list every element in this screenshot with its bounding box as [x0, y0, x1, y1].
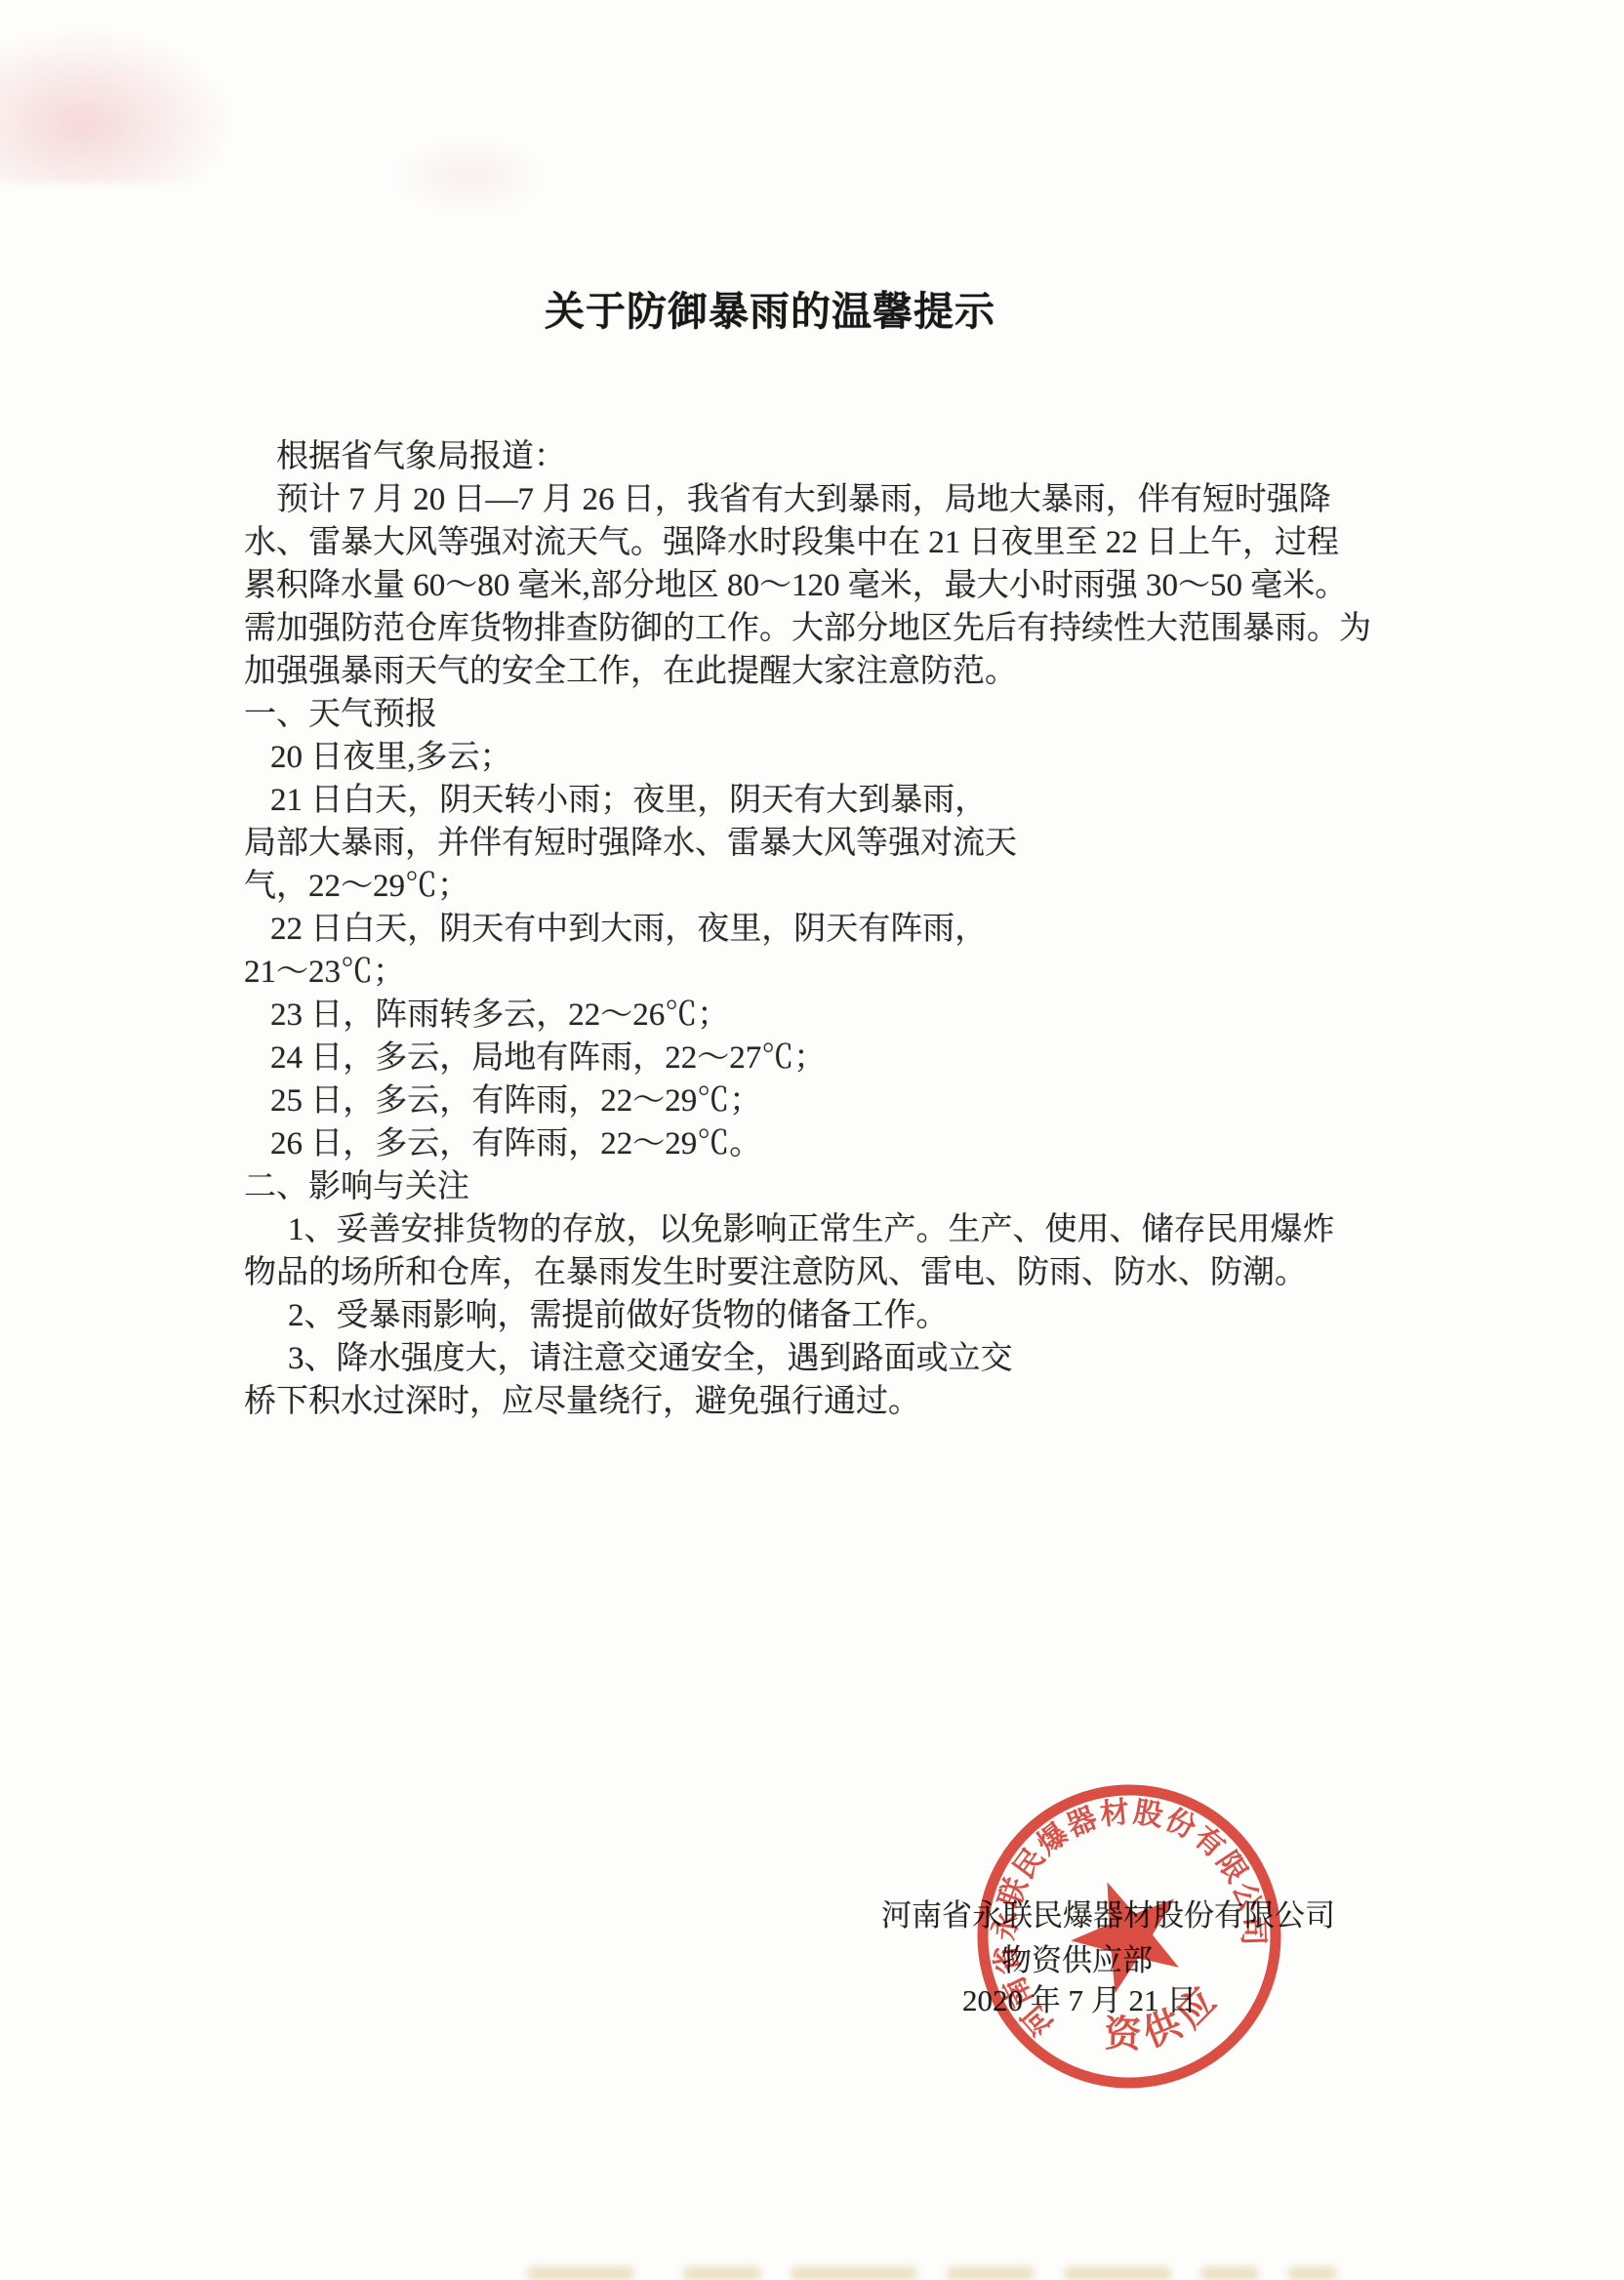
body-line: 水、雷暴大风等强对流天气。强降水时段集中在 21 日夜里至 22 日上午，过程: [244, 521, 1493, 564]
forecast-line: 20 日夜里,多云；: [244, 736, 1493, 779]
official-red-stamp: 河南省永联民爆器材股份有限公司 物资供应部: [952, 1759, 1307, 2114]
body-line: 累积降水量 60～80 毫米,部分地区 80～120 毫米，最大小时雨强 30～…: [244, 564, 1493, 607]
forecast-line: 24 日，多云，局地有阵雨，22～27℃；: [244, 1037, 1493, 1079]
star-icon: [1056, 1861, 1199, 2001]
impact-item: 3、降水强度大，请注意交通安全，遇到路面或立交: [244, 1337, 1493, 1380]
document-body: 根据省气象局报道： 预计 7 月 20 日—7 月 26 日，我省有大到暴雨，局…: [244, 435, 1493, 1423]
forecast-line: 21 日白天，阴天转小雨；夜里，阴天有大到暴雨，: [244, 779, 1493, 822]
body-line: 根据省气象局报道：: [244, 435, 1493, 478]
forecast-line: 23 日，阵雨转多云，22～26℃；: [244, 994, 1493, 1037]
bottom-bleed-through-smudge: [459, 2262, 1347, 2280]
stamp-ink-ghost-faint: [390, 137, 547, 215]
forecast-line: 局部大暴雨，并伴有短时强降水、雷暴大风等强对流天: [244, 822, 1493, 865]
forecast-line: 气，22～29℃；: [244, 865, 1493, 908]
impact-item: 1、妥善安排货物的存放，以免影响正常生产。生产、使用、储存民用爆炸: [244, 1208, 1493, 1251]
body-line: 需加强防范仓库货物排查防御的工作。大部分地区先后有持续性大范围暴雨。为: [244, 607, 1493, 650]
forecast-line: 26 日，多云，有阵雨，22～29℃。: [244, 1122, 1493, 1165]
section-heading-weather: 一、天气预报: [244, 693, 1493, 736]
scanned-notice-page: 关于防御暴雨的温馨提示 根据省气象局报道： 预计 7 月 20 日—7 月 26…: [0, 0, 1624, 2280]
impact-item: 桥下积水过深时，应尽量绕行，避免强行通过。: [244, 1380, 1493, 1423]
body-line: 预计 7 月 20 日—7 月 26 日，我省有大到暴雨，局地大暴雨，伴有短时强…: [244, 478, 1493, 521]
impact-item: 2、受暴雨影响，需提前做好货物的储备工作。: [244, 1294, 1493, 1337]
forecast-line: 21～23℃；: [244, 951, 1493, 994]
impact-item: 物品的场所和仓库，在暴雨发生时要注意防风、雷电、防雨、防水、防潮。: [244, 1251, 1493, 1294]
forecast-line: 22 日白天，阴天有中到大雨，夜里，阴天有阵雨，: [244, 908, 1493, 951]
page-title: 关于防御暴雨的温馨提示: [545, 279, 995, 337]
stamp-ink-ghost: [0, 27, 234, 183]
body-line: 加强强暴雨天气的安全工作，在此提醒大家注意防范。: [244, 650, 1493, 693]
section-heading-impact: 二、影响与关注: [244, 1165, 1493, 1208]
forecast-line: 25 日，多云，有阵雨，22～29℃；: [244, 1079, 1493, 1122]
